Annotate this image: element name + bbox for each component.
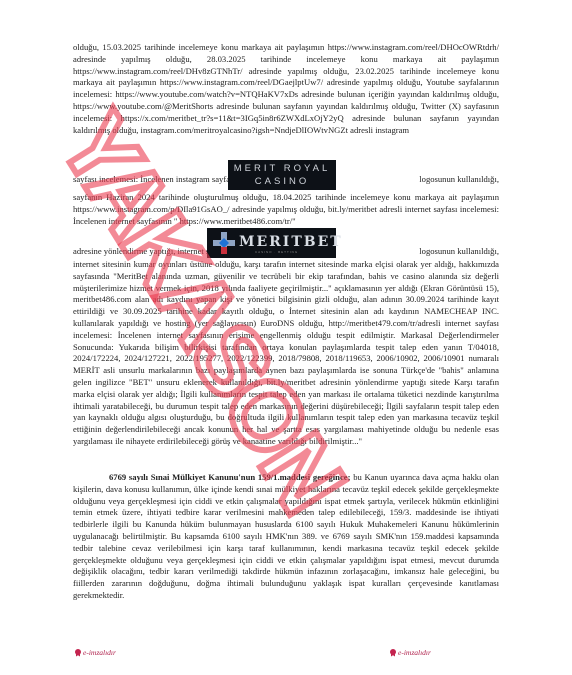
logo2-trailing-text: logosunun kullanıldığı, [419,246,499,256]
logo1-line2: CASINO [228,175,336,188]
logo1-line1: MERIT ROYAL [228,162,336,175]
meritbet-emblem-icon [213,232,235,254]
seal-icon [390,649,396,657]
meritbet-wordmark: MERITBET [239,234,343,250]
logo1-leading-text: sayfası incelemesi: İncelenen instagram … [73,174,248,184]
meritbet-logo: MERITBET CASINO · BETTING [207,228,336,258]
logo1-trailing-text: logosunun kullanıldığı, [419,174,499,184]
paragraph-3: internet sitesinin kumar oyunları üstüne… [73,259,499,448]
paragraph-2: sayfanın Haziran 2024 tarihinde oluşturu… [73,192,499,227]
e-signature-badge-right: e-imzalıdır [390,648,431,657]
logo-line-1: sayfası incelemesi: İncelenen instagram … [73,160,499,192]
e-signature-label: e-imzalıdır [398,648,431,657]
merit-royal-casino-logo: MERIT ROYAL CASINO [228,160,336,190]
paragraph-4-body: bu Kanun uyarınca dava açma hakkı olan k… [73,472,499,600]
paragraph-2-text: sayfanın Haziran 2024 tarihinde oluşturu… [73,192,499,227]
paragraph-4: 6769 sayılı Sınai Mülkiyet Kanunu'nun 15… [73,472,499,602]
document-page: olduğu, 15.03.2025 tarihinde incelemeye … [0,0,572,675]
paragraph-1-text: olduğu, 15.03.2025 tarihinde incelemeye … [73,42,499,136]
paragraph-1: olduğu, 15.03.2025 tarihinde incelemeye … [73,42,499,136]
legal-reference-heading: 6769 sayılı Sınai Mülkiyet Kanunu'nun 15… [109,472,350,482]
paragraph-4-text: 6769 sayılı Sınai Mülkiyet Kanunu'nun 15… [73,472,499,602]
paragraph-3-text: internet sitesinin kumar oyunları üstüne… [73,259,499,448]
e-signature-label: e-imzalıdır [83,648,116,657]
e-signature-badge-left: e-imzalıdır [75,648,116,657]
seal-icon [75,649,81,657]
meritbet-tagline: CASINO · BETTING [255,250,298,254]
logo-line-2: adresine yönlendirme yaptığı, internet s… [73,228,499,260]
